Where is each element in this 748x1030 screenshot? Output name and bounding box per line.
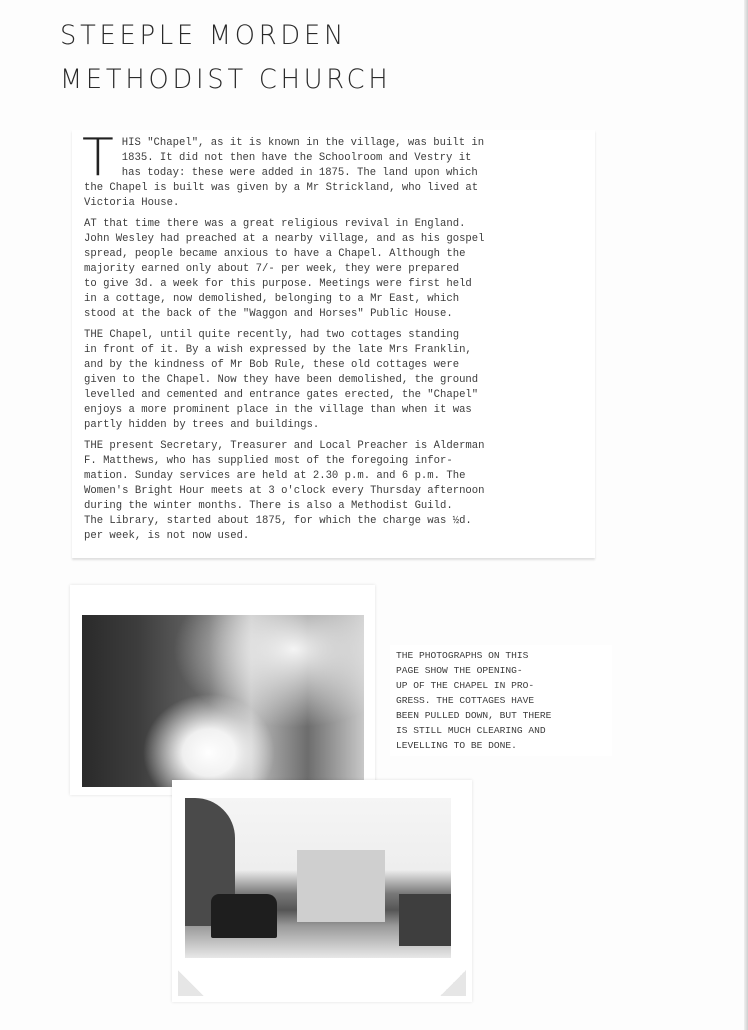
article-paragraph-4: THE present Secretary, Treasurer and Loc… bbox=[84, 439, 589, 544]
photo-chapel bbox=[172, 780, 472, 1002]
shed-shape bbox=[399, 894, 451, 946]
photo-tractors bbox=[70, 585, 375, 795]
photo-corner-mount bbox=[178, 970, 204, 996]
photo-caption: THE PHOTOGRAPHS ON THIS PAGE SHOW THE OP… bbox=[390, 645, 612, 756]
car-shape bbox=[211, 894, 277, 938]
photo-tractors-image bbox=[82, 615, 364, 787]
article-paragraph-2: AT that time there was a great religious… bbox=[84, 217, 589, 322]
photo-chapel-image bbox=[185, 798, 451, 958]
title-line-1: STEEPLE MORDEN bbox=[60, 14, 391, 58]
page-title: STEEPLE MORDEN METHODIST CHURCH bbox=[60, 14, 391, 102]
article-paragraph-1: THIS "Chapel", as it is known in the vil… bbox=[84, 136, 589, 211]
drop-cap: T bbox=[82, 136, 114, 180]
page-edge bbox=[744, 0, 748, 1030]
photo-corner-mount bbox=[440, 970, 466, 996]
typed-article: THIS "Chapel", as it is known in the vil… bbox=[72, 130, 595, 558]
title-line-2: METHODIST CHURCH bbox=[60, 58, 391, 102]
article-paragraph-3: THE Chapel, until quite recently, had tw… bbox=[84, 328, 589, 433]
paragraph-text: HIS "Chapel", as it is known in the vill… bbox=[84, 137, 484, 209]
chapel-building-shape bbox=[297, 850, 385, 922]
